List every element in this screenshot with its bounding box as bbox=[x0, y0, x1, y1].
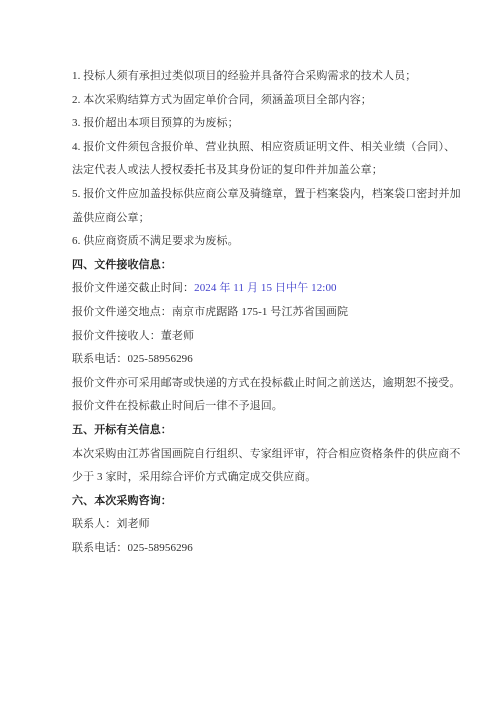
opening-body-line-1: 本次采购由江苏省国画院自行组织、专家组评审，符合相应资格条件的供应商不 bbox=[72, 443, 434, 467]
section-receive-heading: 四、文件接收信息： bbox=[72, 254, 434, 278]
deadline-label: 报价文件递交截止时间： bbox=[72, 282, 194, 294]
section-consult-heading: 六、本次采购咨询： bbox=[72, 490, 434, 514]
note-item-5-line-2: 盖供应商公章； bbox=[72, 207, 434, 231]
note-item-1: 1. 投标人须有承担过类似项目的经验并具备符合采购需求的技术人员； bbox=[72, 65, 434, 89]
receiver-line: 报价文件接收人：董老师 bbox=[72, 325, 434, 349]
deadline-line: 报价文件递交截止时间：2024 年 11 月 15 日中午 12:00 bbox=[72, 277, 434, 301]
mail-note-line-1: 报价文件亦可采用邮寄或快递的方式在投标截止时间之前送达，逾期恕不接受。 bbox=[72, 372, 434, 396]
note-item-6: 6. 供应商资质不满足要求为废标。 bbox=[72, 230, 434, 254]
consult-phone-line: 联系电话：025-58956296 bbox=[72, 537, 434, 561]
opening-body-line-2: 少于 3 家时，采用综合评价方式确定成交供应商。 bbox=[72, 466, 434, 490]
delivery-address-line: 报价文件递交地点：南京市虎踞路 175-1 号江苏省国画院 bbox=[72, 301, 434, 325]
section-opening-heading: 五、开标有关信息： bbox=[72, 419, 434, 443]
receive-phone-line: 联系电话：025-58956296 bbox=[72, 348, 434, 372]
note-item-4-line-1: 4. 报价文件须包含报价单、营业执照、相应资质证明文件、相关业绩（合同）、 bbox=[72, 136, 434, 160]
note-item-4-line-2: 法定代表人或法人授权委托书及其身份证的复印件并加盖公章； bbox=[72, 159, 434, 183]
consult-contact-line: 联系人：刘老师 bbox=[72, 513, 434, 537]
note-item-2: 2. 本次采购结算方式为固定单价合同，须涵盖项目全部内容； bbox=[72, 89, 434, 113]
note-item-5-line-1: 5. 报价文件应加盖投标供应商公章及骑缝章，置于档案袋内，档案袋口密封并加 bbox=[72, 183, 434, 207]
document-page: 1. 投标人须有承担过类似项目的经验并具备符合采购需求的技术人员； 2. 本次采… bbox=[0, 0, 500, 707]
deadline-value: 2024 年 11 月 15 日中午 12:00 bbox=[194, 282, 337, 294]
note-item-3: 3. 报价超出本项目预算的为废标； bbox=[72, 112, 434, 136]
document-content: 1. 投标人须有承担过类似项目的经验并具备符合采购需求的技术人员； 2. 本次采… bbox=[72, 65, 434, 560]
mail-note-line-2: 报价文件在投标截止时间后一律不予退回。 bbox=[72, 395, 434, 419]
